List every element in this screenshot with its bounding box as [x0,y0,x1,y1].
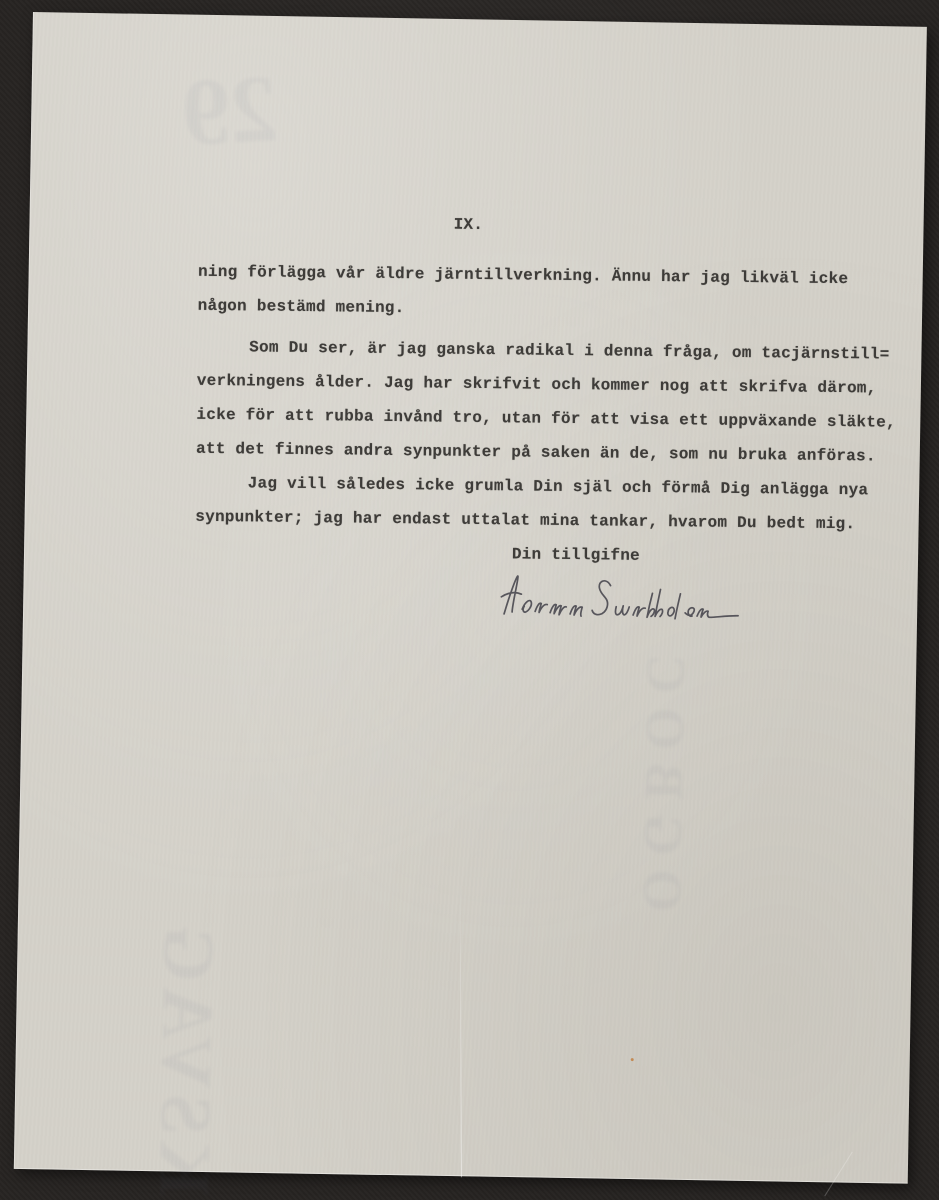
letter-paper: 29 OGBOC KSVAG IX. ning förlägga vår äld… [14,12,927,1184]
typed-line-8: synpunkter; jag har endast uttalat mina … [195,508,855,533]
page-number: IX. [454,216,484,234]
paper-speck [631,1058,634,1061]
typed-line-5: icke för att rubba invånd tro, utan för … [196,406,896,432]
typed-line-3: Som Du ser, är jag ganska radikal i denn… [249,338,890,363]
scanned-letter-page: 29 OGBOC KSVAG IX. ning förlägga vår äld… [0,0,939,1200]
paper-crease [460,875,462,1177]
typed-line-1: ning förlägga vår äldre järntillverkning… [198,263,848,288]
handwritten-signature [494,568,755,632]
typed-line-2: någon bestämd mening. [198,297,405,317]
typed-line-7: Jag vill således icke grumla Din själ oc… [248,474,869,499]
closing-phrase: Din tillgifne [512,545,640,564]
typed-line-4: verkningens ålder. Jag har skrifvit och … [197,372,877,398]
typed-line-6: att det finnes andra synpunkter på saken… [196,440,876,466]
bleedthrough-strip-bottom-left: KSVAG [142,919,230,1197]
